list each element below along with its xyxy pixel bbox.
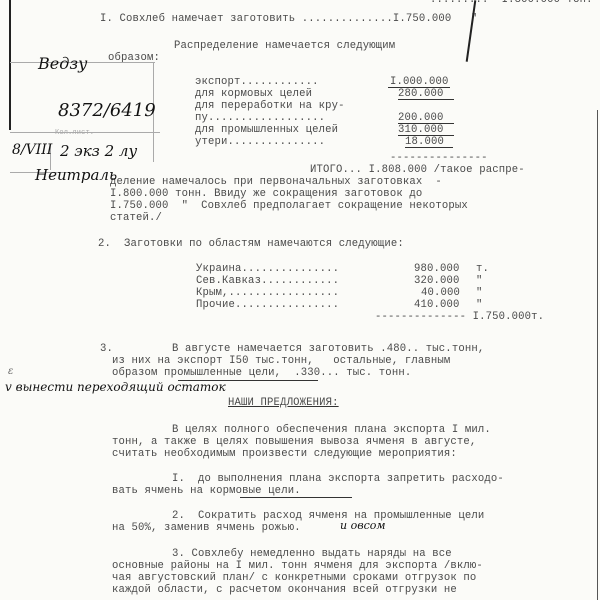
proposals-heading: НАШИ ПРЕДЛОЖЕНИЯ: — [228, 397, 339, 409]
document-page: ......... I.800.000 тон. I. Совхлеб наме… — [0, 0, 600, 600]
handwritten-signature: Неитраль — [35, 166, 117, 184]
proposal-item3-2: основные районы на I мил. тонн ячменя дл… — [112, 560, 483, 572]
dist-label: утери............... — [195, 136, 325, 148]
proposal-item1-2: вать ячмень на кормовые цели. — [112, 485, 301, 497]
proposal-item3-1: 3. Совхлебу немедленно выдать наряды на … — [172, 548, 452, 560]
value-underline — [398, 135, 454, 136]
handwritten-margin-note: v вынести переходящий остаток — [5, 380, 226, 394]
section1-total: ИТОГО... I.808.000 /такое распре- — [310, 164, 525, 176]
proposal-item3-4: каждой области, с расчетом окончания все… — [112, 584, 457, 596]
section1-note-1: деление намечалось при первоначальных за… — [110, 176, 442, 188]
stamp-sub-label: Кол.лист. — [55, 127, 94, 139]
section1-note-2: I.800.000 тонн. Ввиду же сокращения заго… — [110, 188, 422, 200]
top-fragment: ......... I.800.000 тон. — [430, 0, 593, 6]
value-underline — [388, 87, 450, 88]
dist-label: экспорт............ — [195, 76, 319, 88]
proposal-item2-1: 2. Сократить расход ячменя на промышленн… — [172, 510, 484, 522]
dist-label: для переработки на кру- — [195, 100, 345, 112]
section1-note-4: статей./ — [110, 212, 162, 224]
region-unit: " — [476, 299, 483, 311]
value-underline — [398, 99, 454, 100]
region-unit: " — [476, 287, 483, 299]
region-label: Сев.Кавказ............ — [196, 275, 339, 287]
section2-heading: 2. Заготовки по областям намечаются след… — [98, 238, 404, 250]
section1-intro-1: Распределение намечается следующим — [174, 40, 395, 52]
proposal-item3-3: чая августовский план/ с конкретными сро… — [112, 572, 476, 584]
region-value: 980.000 — [414, 263, 460, 275]
left-margin-line — [9, 0, 11, 130]
dist-label: для промышленных целей — [195, 124, 338, 136]
region-label: Украина............... — [196, 263, 339, 275]
section3-line-2: из них на экспорт I50 тыс.тонн, остальны… — [112, 355, 450, 367]
region-label: Прочие................ — [196, 299, 339, 311]
handwritten-date: 8/VIII — [12, 142, 52, 158]
handwritten-margin-tick: ε — [8, 366, 13, 377]
section3-line-3: образом промышленные цели, .330... тыс. … — [112, 367, 411, 379]
handwritten-top-scribble: Ведзу — [38, 54, 87, 73]
value-underline — [405, 147, 453, 148]
value-underline — [398, 123, 454, 124]
region-label: Крым,................. — [196, 287, 339, 299]
handwritten-insert-oats: и овсом — [340, 519, 386, 532]
proposals-intro-2: тонн, а также в целях повышения вывоза я… — [112, 436, 476, 448]
proposal-item1-1: I. до выполнения плана экспорта запретит… — [172, 473, 504, 485]
handwritten-underline — [240, 497, 352, 498]
section3-line-1: В августе намечается заготовить .480.. т… — [172, 343, 484, 355]
dist-label: для кормовых целей — [195, 88, 312, 100]
regions-total: -------------- I.750.000т. — [375, 311, 544, 323]
section1-note-3: I.750.000 " Совхлеб предполагает сокраще… — [110, 200, 468, 212]
section1-line: I. Совхлеб намечает заготовить .........… — [100, 13, 477, 25]
proposals-intro-3: считать необходимым произвести следующие… — [112, 448, 457, 460]
region-unit: " — [476, 275, 483, 287]
right-margin-line — [597, 110, 598, 600]
proposals-intro-1: В целях полного обеспечения плана экспор… — [172, 424, 491, 436]
region-value: 410.000 — [414, 299, 460, 311]
dist-separator: --------------- — [390, 152, 488, 164]
region-value: 320.000 — [414, 275, 460, 287]
section3-number: 3. — [100, 343, 113, 355]
region-value: 40.000 — [421, 287, 460, 299]
handwritten-bracket-stroke — [466, 0, 477, 62]
dist-label: пу.................. — [195, 112, 325, 124]
region-unit: т. — [476, 263, 489, 275]
handwritten-registration-number: 8372/6419 — [58, 100, 156, 121]
handwritten-copies: 2 экз 2 лу — [60, 142, 137, 160]
proposal-item2-2: на 50%, заменив ячмень рожью. — [112, 522, 301, 534]
